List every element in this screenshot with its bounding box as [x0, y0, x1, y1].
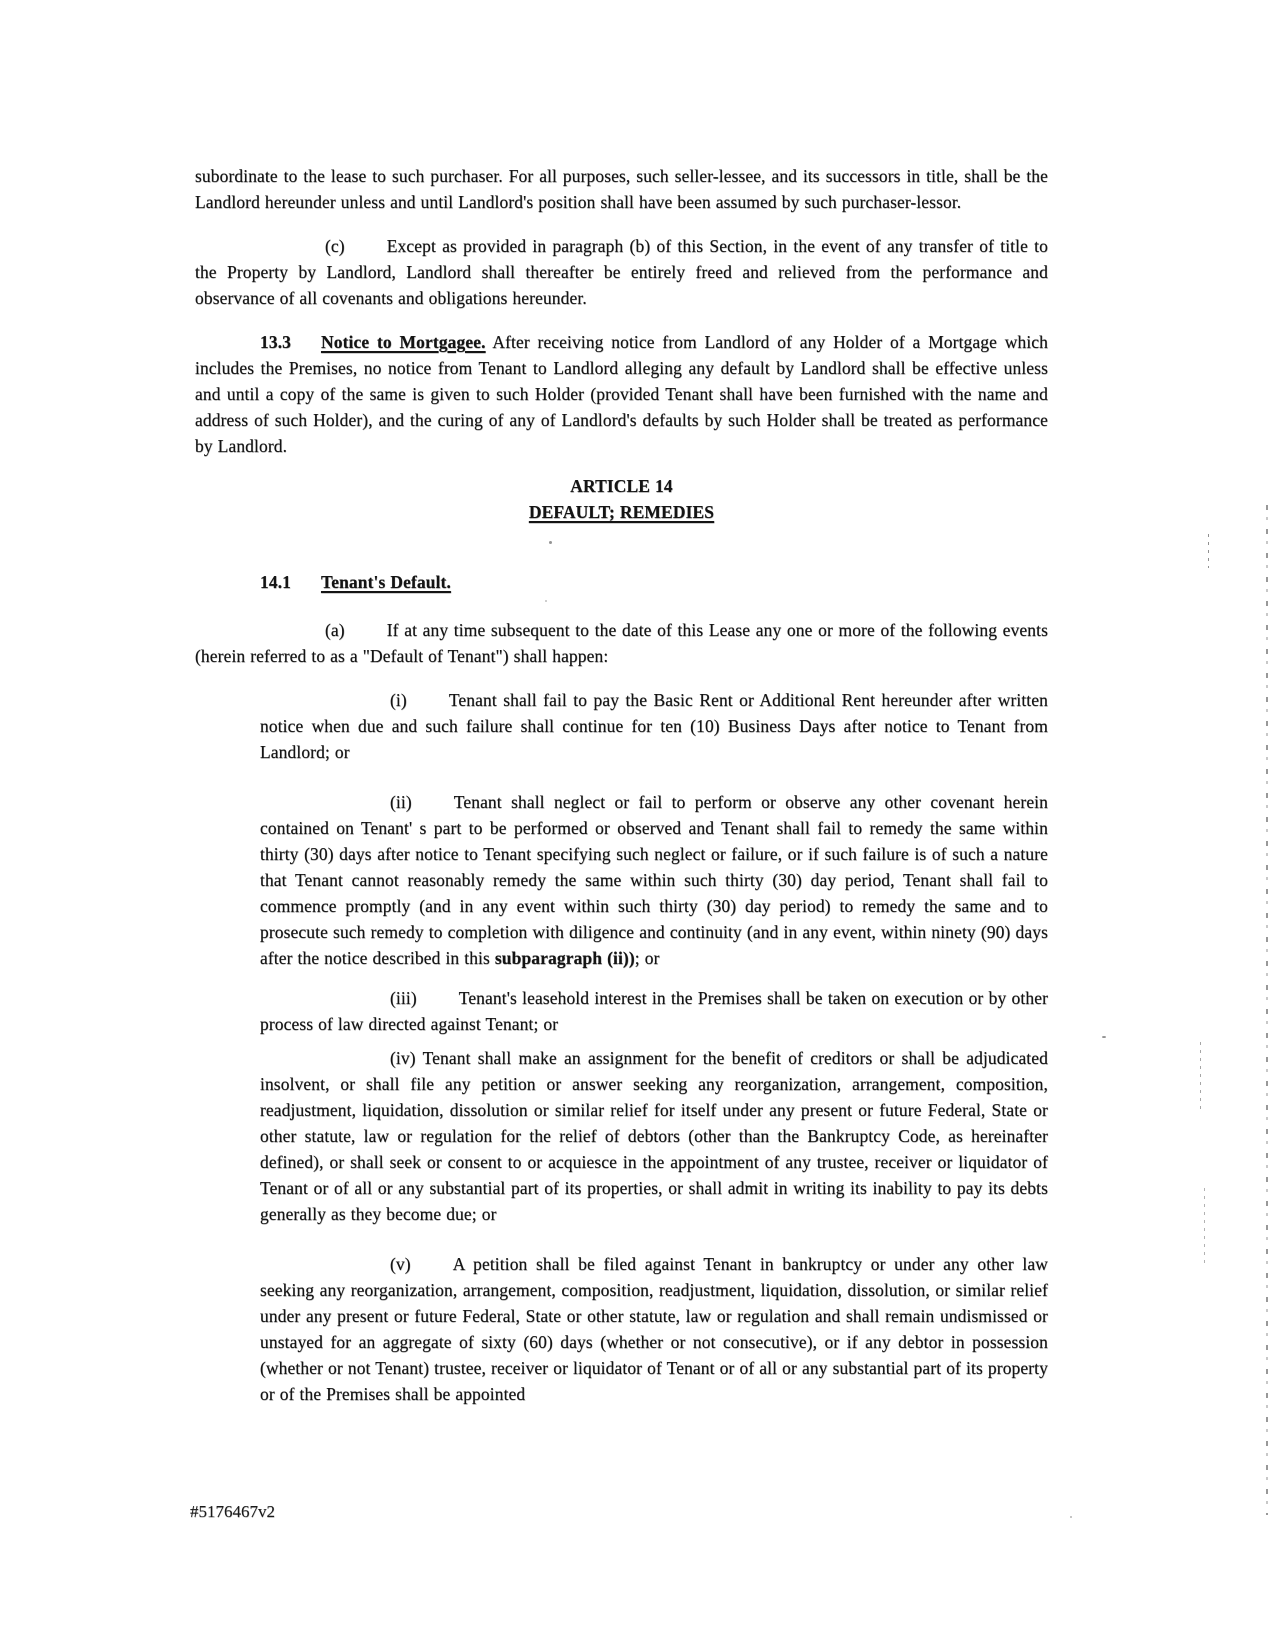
document-number-footer: #5176467v2: [190, 1502, 275, 1522]
subparagraph-ii-bold-text: subparagraph (ii)): [495, 948, 635, 968]
subparagraph-ii-text: Tenant shall neglect or fail to perform …: [260, 792, 1048, 968]
paragraph-c-label: (c): [325, 236, 345, 256]
paragraph-c-text: Except as provided in paragraph (b) of t…: [195, 236, 1048, 308]
subparagraph-ii-label: (ii): [390, 792, 412, 812]
paragraph-a-label: (a): [325, 620, 345, 640]
subparagraph-iv-text: Tenant shall make an assignment for the …: [260, 1048, 1048, 1224]
section-14-1: 14.1Tenant's Default.: [195, 569, 1048, 595]
subparagraph-iv-label: (iv): [390, 1048, 416, 1068]
subparagraph-i: (i)Tenant shall fail to pay the Basic Re…: [260, 687, 1048, 765]
section-13-3-heading: Notice to Mortgagee.: [321, 332, 486, 352]
subparagraph-iii-label: (iii): [390, 988, 417, 1008]
scan-speck: [1102, 1036, 1106, 1038]
section-14-1-number: 14.1: [260, 572, 291, 592]
scan-speck: [545, 600, 547, 602]
scanned-lease-page: subordinate to the lease to such purchas…: [0, 0, 1275, 1650]
paragraph-c: (c)Except as provided in paragraph (b) o…: [195, 233, 1048, 311]
subparagraph-iii: (iii)Tenant's leasehold interest in the …: [260, 985, 1048, 1037]
subparagraph-v-label: (v): [390, 1254, 411, 1274]
scan-artifact-mark: [1200, 1042, 1201, 1110]
subparagraph-iii-text: Tenant's leasehold interest in the Premi…: [260, 988, 1048, 1034]
subparagraph-iv: (iv) Tenant shall make an assignment for…: [260, 1045, 1048, 1227]
section-13-3-number: 13.3: [260, 332, 291, 352]
continuation-paragraph: subordinate to the lease to such purchas…: [195, 163, 1048, 215]
scan-artifact-right-edge-line: [1266, 505, 1268, 1515]
scan-artifact-mark: [1208, 534, 1209, 568]
subparagraph-v: (v)A petition shall be filed against Ten…: [260, 1251, 1048, 1407]
continuation-paragraph-text: subordinate to the lease to such purchas…: [195, 166, 1048, 212]
subparagraph-ii: (ii)Tenant shall neglect or fail to perf…: [260, 789, 1048, 971]
subparagraph-v-text: A petition shall be filed against Tenant…: [260, 1254, 1048, 1404]
scan-speck: [549, 541, 552, 544]
paragraph-a-text: If at any time subsequent to the date of…: [195, 620, 1048, 666]
subparagraph-i-text: Tenant shall fail to pay the Basic Rent …: [260, 690, 1048, 762]
subparagraph-ii-tail-text: ; or: [635, 948, 660, 968]
subparagraph-i-label: (i): [390, 690, 407, 710]
scan-artifact-mark: [1204, 1188, 1205, 1266]
document-body: subordinate to the lease to such purchas…: [195, 163, 1048, 1431]
article-14-title: ARTICLE 14: [195, 473, 1048, 499]
section-13-3: 13.3Notice to Mortgagee. After receiving…: [195, 329, 1048, 459]
scan-speck: [1070, 1516, 1072, 1518]
article-14-heading: ARTICLE 14DEFAULT; REMEDIES: [195, 473, 1048, 525]
section-14-1-heading: Tenant's Default.: [321, 572, 451, 592]
paragraph-a: (a)If at any time subsequent to the date…: [195, 617, 1048, 669]
article-14-subtitle: DEFAULT; REMEDIES: [195, 499, 1048, 525]
